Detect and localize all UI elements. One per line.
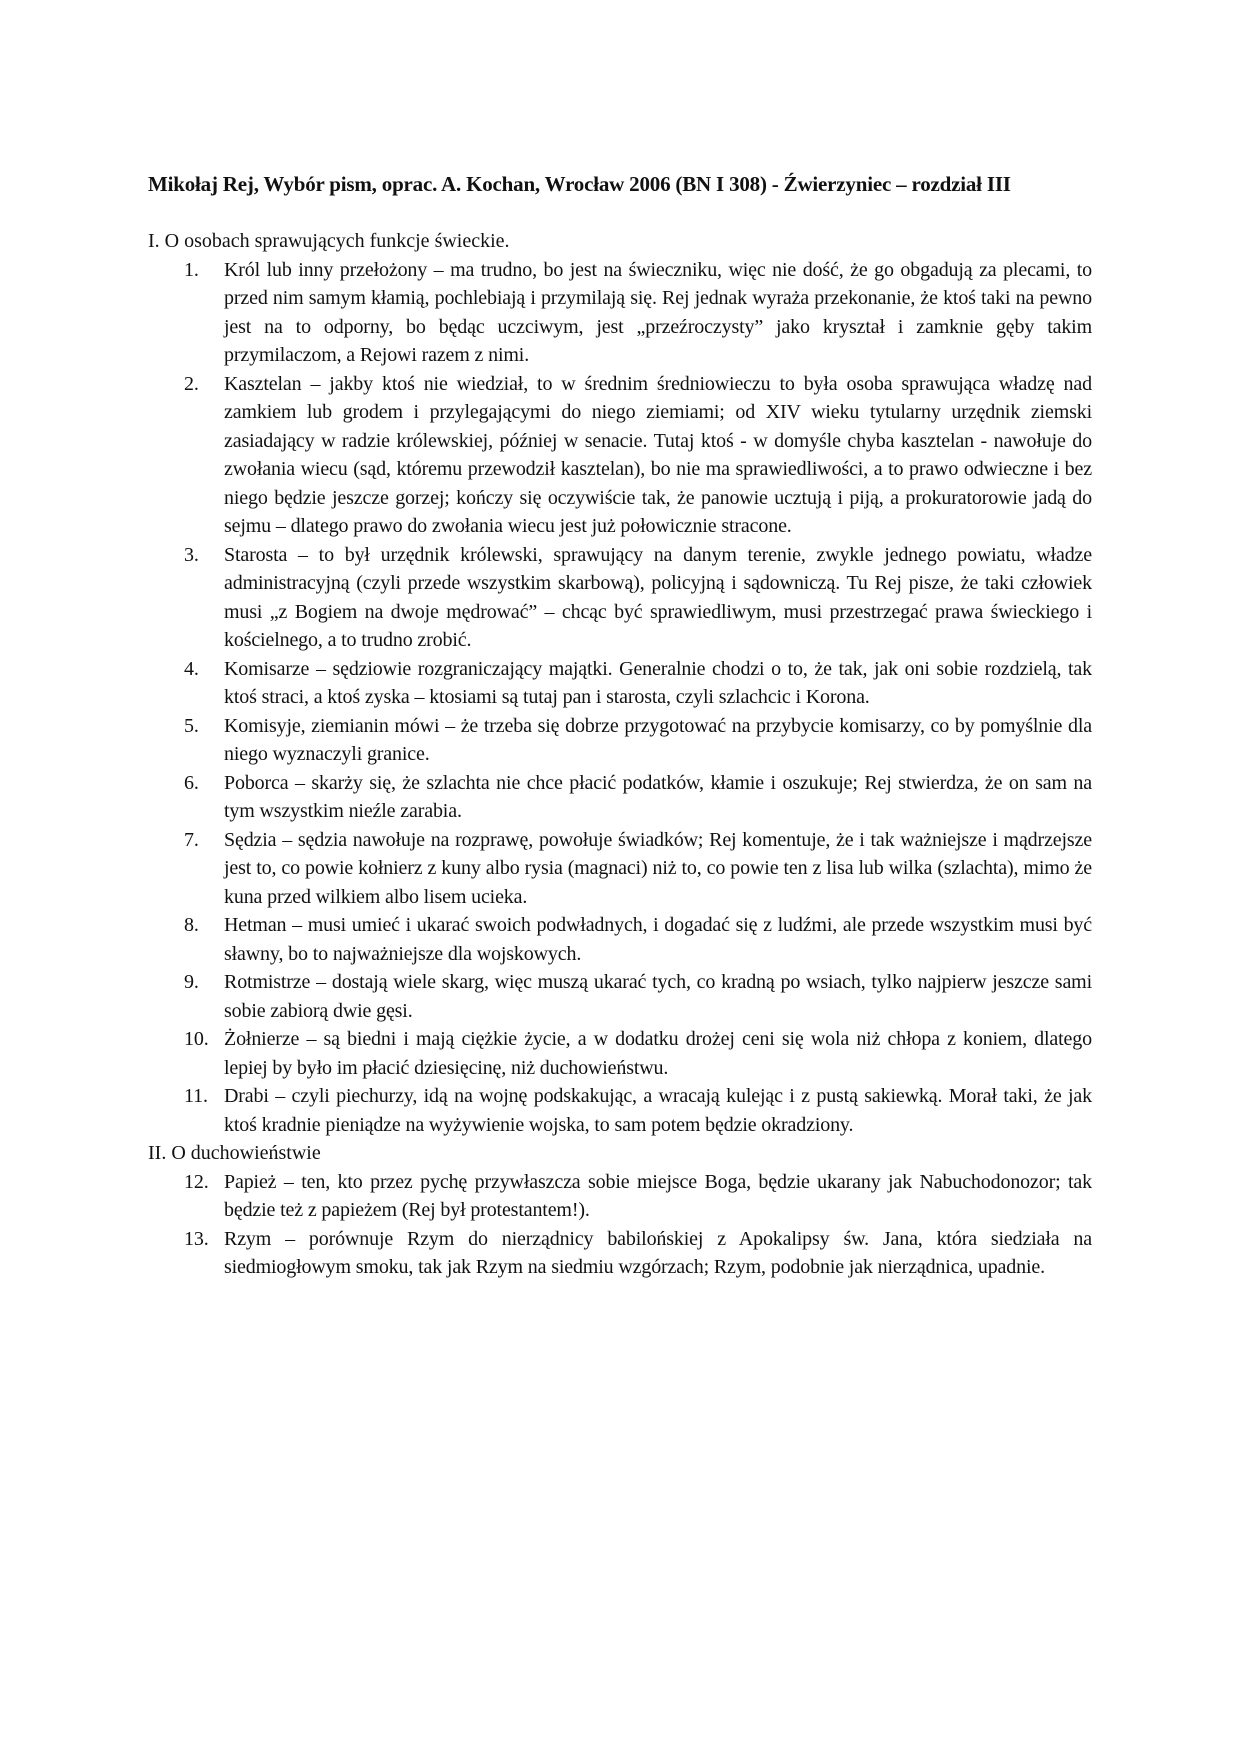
- list-item: 1.Król lub inny przełożony – ma trudno, …: [148, 256, 1092, 370]
- list-item: 5.Komisyje, ziemianin mówi – że trzeba s…: [148, 712, 1092, 769]
- item-number: 13.: [184, 1225, 209, 1254]
- item-number: 7.: [184, 826, 199, 855]
- item-number: 10.: [184, 1025, 209, 1054]
- list-item: 4.Komisarze – sędziowie rozgraniczający …: [148, 655, 1092, 712]
- item-text: Hetman – musi umieć i ukarać swoich podw…: [224, 914, 1092, 965]
- item-text: Król lub inny przełożony – ma trudno, bo…: [224, 259, 1092, 367]
- document-title: Mikołaj Rej, Wybór pism, oprac. A. Kocha…: [148, 170, 1092, 198]
- item-text: Żołnierze – są biedni i mają ciężkie życ…: [224, 1028, 1092, 1079]
- item-text: Papież – ten, kto przez pychę przywłaszc…: [224, 1171, 1092, 1222]
- item-number: 2.: [184, 370, 199, 399]
- item-number: 5.: [184, 712, 199, 741]
- list-item: 9.Rotmistrze – dostają wiele skarg, więc…: [148, 968, 1092, 1025]
- section-heading-clergy: II. O duchowieństwie: [148, 1139, 1092, 1168]
- document-page: Mikołaj Rej, Wybór pism, oprac. A. Kocha…: [148, 170, 1092, 1282]
- item-number: 11.: [184, 1082, 208, 1111]
- list-item: 6.Poborca – skarży się, że szlachta nie …: [148, 769, 1092, 826]
- list-item: 3.Starosta – to był urzędnik królewski, …: [148, 541, 1092, 655]
- item-text: Komisyje, ziemianin mówi – że trzeba się…: [224, 715, 1092, 766]
- item-text: Poborca – skarży się, że szlachta nie ch…: [224, 772, 1092, 823]
- list-item: 12.Papież – ten, kto przez pychę przywła…: [148, 1168, 1092, 1225]
- item-text: Starosta – to był urzędnik królewski, sp…: [224, 544, 1092, 652]
- section-heading-secular: I. O osobach sprawujących funkcje świeck…: [148, 227, 1092, 256]
- item-text: Kasztelan – jakby ktoś nie wiedział, to …: [224, 373, 1092, 538]
- item-number: 3.: [184, 541, 199, 570]
- item-text: Rzym – porównuje Rzym do nierządnicy bab…: [224, 1228, 1092, 1279]
- item-number: 6.: [184, 769, 199, 798]
- secular-items-list: 1.Król lub inny przełożony – ma trudno, …: [148, 256, 1092, 1140]
- item-number: 4.: [184, 655, 199, 684]
- item-text: Sędzia – sędzia nawołuje na rozprawę, po…: [224, 829, 1092, 908]
- item-text: Drabi – czyli piechurzy, idą na wojnę po…: [224, 1085, 1092, 1136]
- list-item: 10. Żołnierze – są biedni i mają ciężkie…: [148, 1025, 1092, 1082]
- list-item: 11.Drabi – czyli piechurzy, idą na wojnę…: [148, 1082, 1092, 1139]
- list-item: 8.Hetman – musi umieć i ukarać swoich po…: [148, 911, 1092, 968]
- list-item: 7.Sędzia – sędzia nawołuje na rozprawę, …: [148, 826, 1092, 912]
- list-item: 13.Rzym – porównuje Rzym do nierządnicy …: [148, 1225, 1092, 1282]
- list-item: 2.Kasztelan – jakby ktoś nie wiedział, t…: [148, 370, 1092, 541]
- item-number: 1.: [184, 256, 199, 285]
- item-text: Rotmistrze – dostają wiele skarg, więc m…: [224, 971, 1092, 1022]
- clergy-items-list: 12.Papież – ten, kto przez pychę przywła…: [148, 1168, 1092, 1282]
- item-number: 12.: [184, 1168, 209, 1197]
- item-number: 8.: [184, 911, 199, 940]
- item-text: Komisarze – sędziowie rozgraniczający ma…: [224, 658, 1092, 709]
- item-number: 9.: [184, 968, 199, 997]
